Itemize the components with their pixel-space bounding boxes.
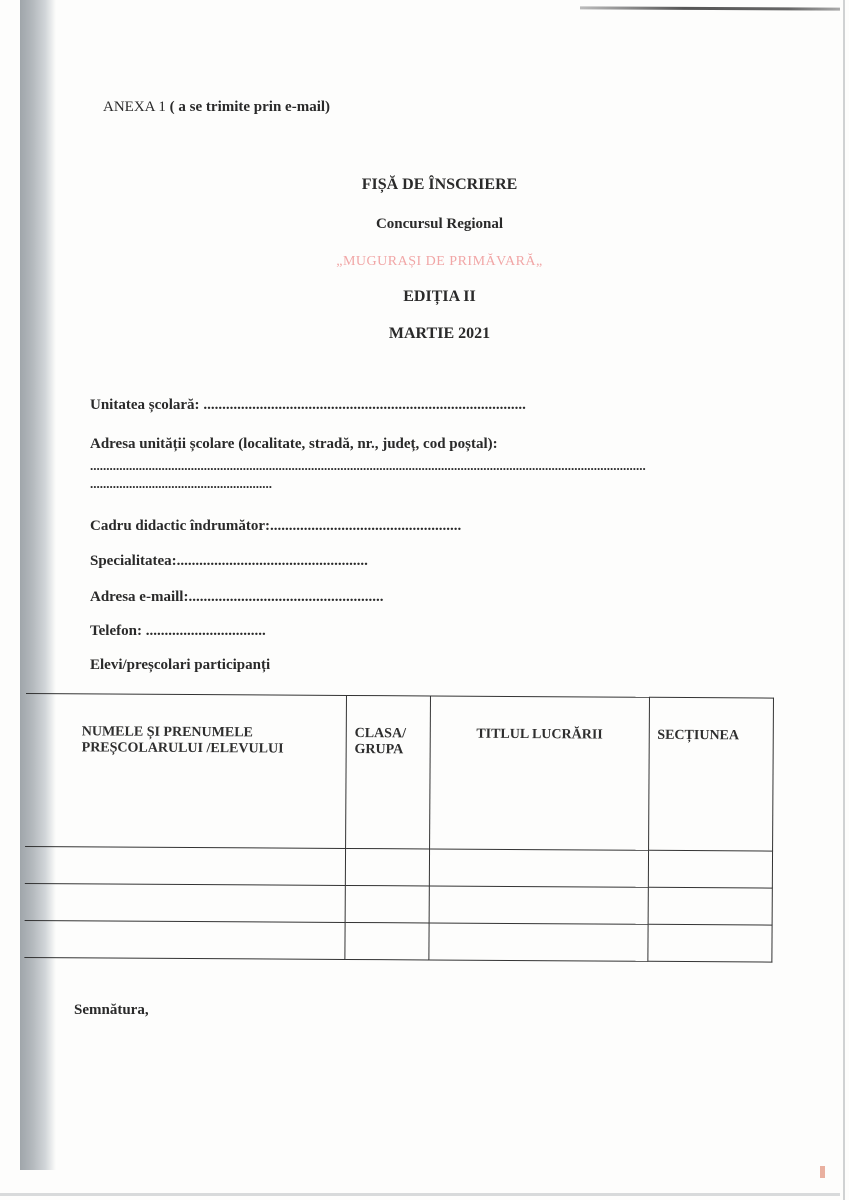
cell-name[interactable] [25, 846, 346, 885]
contest-type: Concursul Regional [0, 216, 849, 233]
field-address-line-2[interactable]: ........................................… [90, 476, 272, 492]
cell-name[interactable] [25, 883, 346, 922]
scan-edge-line [580, 6, 840, 10]
field-label: Specialitatea: [90, 553, 177, 569]
participants-table: NUMELE ȘI PRENUMELE PREȘCOLARULUI /ELEVU… [24, 693, 774, 963]
fill-line[interactable]: ........................................… [200, 397, 526, 413]
cell-section[interactable] [647, 924, 772, 962]
table-row [24, 920, 772, 962]
fill-line[interactable]: ........................................… [90, 476, 272, 491]
cell-section[interactable] [648, 850, 773, 888]
field-label: Cadru didactic îndrumător: [90, 518, 270, 534]
cell-class[interactable] [345, 848, 429, 886]
signature-label: Semnătura, [74, 1002, 149, 1019]
fill-line[interactable]: ................................ [142, 623, 266, 639]
fill-line[interactable]: ........................................… [270, 518, 461, 534]
annex-note: ( a se trimite prin e-mail) [170, 99, 330, 115]
header-class: CLASA/ GRUPA [345, 695, 430, 849]
field-school-address: Adresa unității școlare (localitate, str… [90, 436, 498, 453]
contest-date: MARTIE 2021 [0, 325, 849, 343]
annex-prefix: ANEXA 1 [103, 99, 166, 115]
field-label: Telefon: [90, 623, 142, 639]
fill-line[interactable]: ........................................… [177, 553, 368, 569]
header-title: TITLUL LUCRĂRII [430, 696, 649, 850]
scan-mark [820, 1166, 825, 1178]
header-section: SECȚIUNEA [648, 697, 773, 851]
field-school-unit[interactable]: Unitatea școlară: ......................… [90, 397, 526, 414]
field-label: Adresa unității școlare (localitate, str… [90, 436, 498, 452]
cell-class[interactable] [345, 885, 429, 923]
fill-line[interactable]: ........................................… [188, 589, 383, 605]
contest-name: „MUGURAȘI DE PRIMĂVARĂ„ [0, 254, 849, 270]
field-label: Unitatea școlară: [90, 397, 200, 413]
field-email[interactable]: Adresa e-maill:.........................… [90, 589, 383, 606]
form-title: FIȘĂ DE ÎNSCRIERE [0, 176, 849, 194]
scan-bottom-edge [0, 1193, 840, 1196]
table-header-row: NUMELE ȘI PRENUMELE PREȘCOLARULUI /ELEVU… [25, 694, 773, 852]
cell-section[interactable] [648, 887, 773, 925]
header-name: NUMELE ȘI PRENUMELE PREȘCOLARULUI /ELEVU… [25, 694, 346, 849]
fill-line[interactable]: ........................................… [90, 458, 646, 473]
edition: EDIȚIA II [0, 288, 849, 306]
field-label: Adresa e-maill: [90, 589, 188, 605]
table-row [25, 883, 773, 925]
field-address-line-1[interactable]: ........................................… [90, 458, 646, 474]
field-teacher[interactable]: Cadru didactic îndrumător:..............… [90, 518, 461, 535]
field-phone[interactable]: Telefon: ...............................… [90, 623, 266, 640]
cell-title[interactable] [429, 849, 648, 887]
cell-title[interactable] [429, 886, 648, 924]
table-row [25, 846, 773, 888]
participants-heading: Elevi/preșcolari participanți [90, 657, 270, 674]
cell-title[interactable] [429, 923, 648, 961]
field-specialty[interactable]: Specialitatea:..........................… [90, 553, 368, 570]
cell-name[interactable] [24, 920, 345, 959]
cell-class[interactable] [345, 922, 429, 960]
field-label: Elevi/preșcolari participanți [90, 657, 270, 673]
annex-label: ANEXA 1 ( a se trimite prin e-mail) [103, 99, 330, 116]
